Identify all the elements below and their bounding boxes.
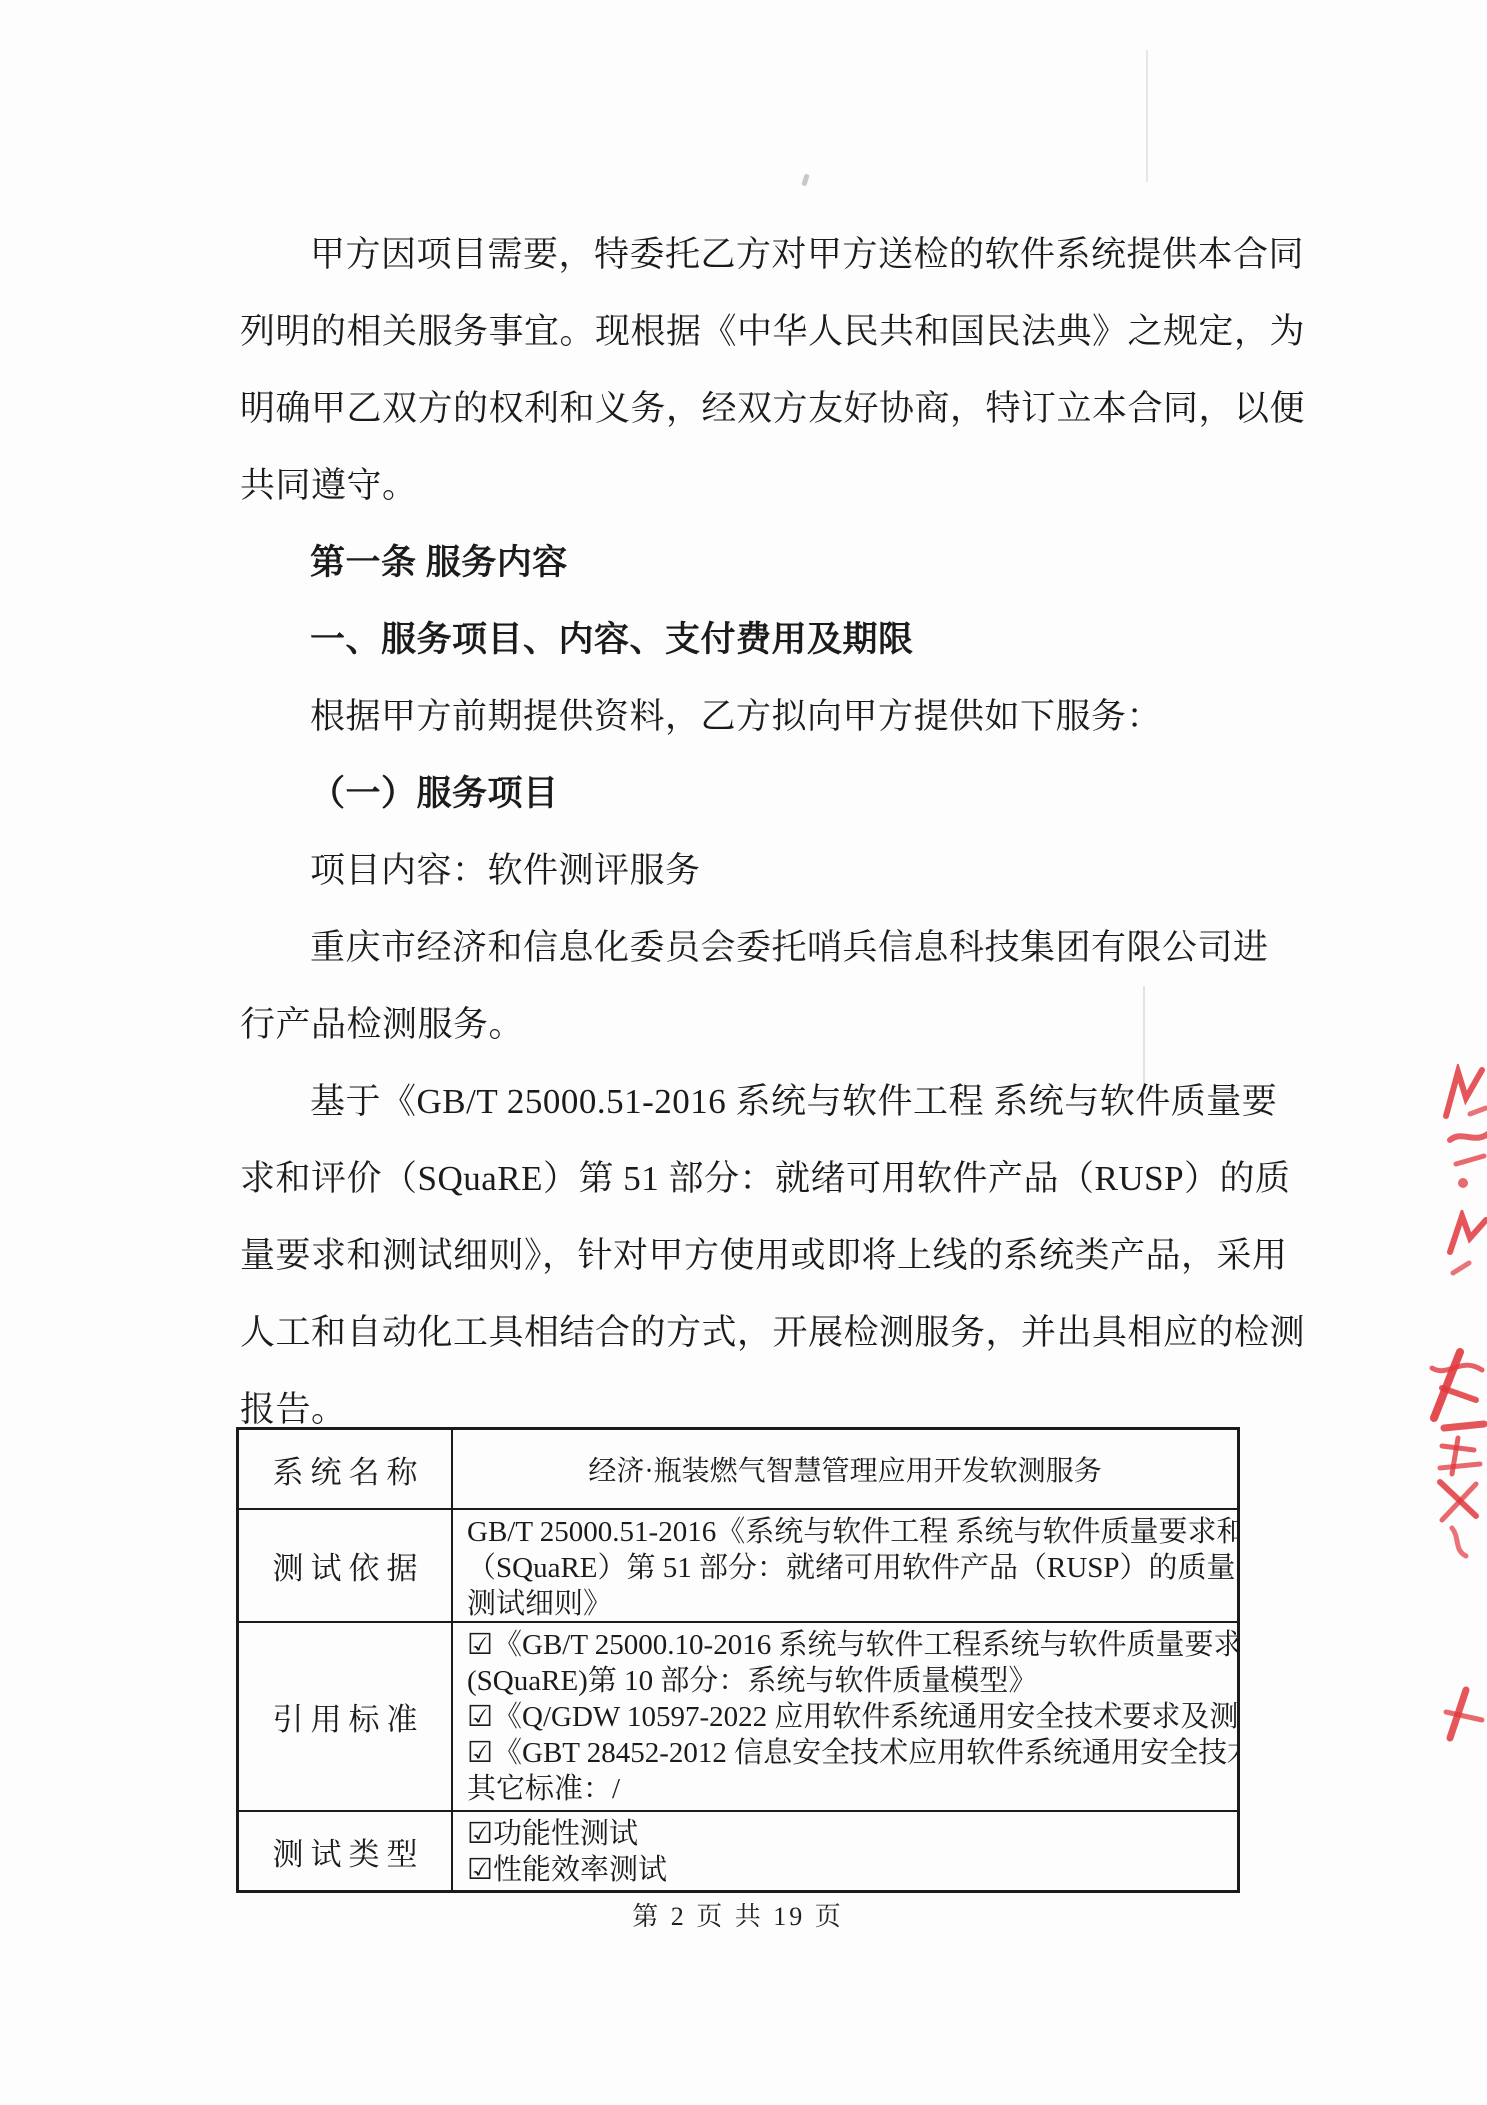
paging-seal-fragment-icon (1432, 1474, 1487, 1524)
scan-artifact-speck (801, 174, 809, 187)
table-cell-line-checked: ☑《Q/GDW 10597-2022 应用软件系统通用安全技术要求及测试规范》 (467, 1699, 1229, 1735)
heading-article-1: 第一条 服务内容 (240, 524, 1240, 601)
table-cell-test-basis: GB/T 25000.51-2016《系统与软件工程 系统与软件质量要求和评价 … (453, 1510, 1237, 1621)
scan-artifact-line (1146, 50, 1148, 182)
heading-section-1: 一、服务项目、内容、支付费用及期限 (240, 601, 1240, 678)
table-label-test-basis: 测试依据 (239, 1510, 453, 1621)
body-line: 基于《GB/T 25000.51-2016 系统与软件工程 系统与软件质量要 (240, 1063, 1240, 1140)
body-line: 量要求和测试细则》，针对甲方使用或即将上线的系统类产品，采用 (240, 1217, 1240, 1294)
table-row-test-types: 测试类型 ☑功能性测试 ☑性能效率测试 (239, 1812, 1237, 1890)
table-cell-test-types: ☑功能性测试 ☑性能效率测试 (453, 1812, 1237, 1890)
table-cell-line-checked: ☑功能性测试 (467, 1816, 1229, 1852)
body-line: 共同遵守。 (240, 447, 1240, 524)
paging-seal-fragment-icon (1450, 1258, 1472, 1278)
test-service-table: 系统名称 经济·瓶装燃气智慧管理应用开发软测服务 测试依据 GB/T 25000… (236, 1427, 1240, 1893)
body-line: 根据甲方前期提供资料，乙方拟向甲方提供如下服务： (240, 678, 1240, 755)
body-line: 甲方因项目需要，特委托乙方对甲方送检的软件系统提供本合同 (240, 216, 1240, 293)
table-cell-reference-standards: ☑《GB/T 25000.10-2016 系统与软件工程系统与软件质量要求和评价… (453, 1623, 1237, 1810)
table-row-system-name: 系统名称 经济·瓶装燃气智慧管理应用开发软测服务 (239, 1430, 1237, 1510)
body-line: 行产品检测服务。 (240, 986, 1240, 1063)
table-cell-line-checked: ☑《GBT 28452-2012 信息安全技术应用软件系统通用安全技术要求》 (467, 1735, 1229, 1771)
paging-seal-fragment-icon (1442, 1210, 1487, 1258)
table-label-reference-standards: 引用标准 (239, 1623, 453, 1810)
table-label-system-name: 系统名称 (239, 1430, 453, 1508)
body-text-block: 甲方因项目需要，特委托乙方对甲方送检的软件系统提供本合同 列明的相关服务事宜。现… (240, 216, 1240, 1448)
body-line: 人工和自动化工具相结合的方式，开展检测服务，并出具相应的检测 (240, 1294, 1240, 1371)
paging-seal-fragment-icon (1434, 1434, 1487, 1478)
paging-seal-fragment-icon (1444, 1524, 1472, 1560)
paging-seal-fragment-icon (1440, 1682, 1487, 1746)
table-row-test-basis: 测试依据 GB/T 25000.51-2016《系统与软件工程 系统与软件质量要… (239, 1510, 1237, 1623)
heading-service-item: （一）服务项目 (240, 755, 1240, 832)
page-number-footer: 第 2 页 共 19 页 (236, 1896, 1240, 1933)
table-cell-line: (SQuaRE)第 10 部分：系统与软件质量模型》 (467, 1663, 1229, 1699)
body-line: 项目内容：软件测评服务 (240, 832, 1240, 909)
table-row-reference-standards: 引用标准 ☑《GB/T 25000.10-2016 系统与软件工程系统与软件质量… (239, 1623, 1237, 1812)
contract-document-page: 甲方因项目需要，特委托乙方对甲方送检的软件系统提供本合同 列明的相关服务事宜。现… (0, 0, 1487, 2105)
table-cell-line: （SQuaRE）第 51 部分：就绪可用软件产品（RUSP）的质量要求和 (467, 1550, 1229, 1586)
table-cell-line: 经济·瓶装燃气智慧管理应用开发软测服务 (588, 1449, 1101, 1489)
body-line: 重庆市经济和信息化委员会委托哨兵信息科技集团有限公司进 (240, 909, 1240, 986)
table-label-test-types: 测试类型 (239, 1812, 453, 1890)
body-line: 列明的相关服务事宜。现根据《中华人民共和国民法典》之规定，为 (240, 293, 1240, 370)
table-cell-system-name: 经济·瓶装燃气智慧管理应用开发软测服务 (453, 1430, 1237, 1508)
table-cell-line: 其它标准：/ (467, 1771, 1229, 1807)
paging-seal-fragment-icon (1440, 1064, 1487, 1124)
table-cell-line-checked: ☑性能效率测试 (467, 1852, 1229, 1888)
body-line: 明确甲乙双方的权利和义务，经双方友好协商，特订立本合同，以便 (240, 370, 1240, 447)
paging-seal-fragment-icon (1426, 1344, 1487, 1434)
table-cell-line-checked: ☑《GB/T 25000.10-2016 系统与软件工程系统与软件质量要求和评价 (467, 1627, 1229, 1663)
table-cell-line: GB/T 25000.51-2016《系统与软件工程 系统与软件质量要求和评价 (467, 1514, 1229, 1550)
table-cell-line: 测试细则》 (467, 1586, 1229, 1621)
paging-seal-fragment-icon (1456, 1176, 1470, 1190)
paging-seal-fragment-icon (1446, 1128, 1487, 1174)
body-line: 求和评价（SQuaRE）第 51 部分：就绪可用软件产品（RUSP）的质 (240, 1140, 1240, 1217)
